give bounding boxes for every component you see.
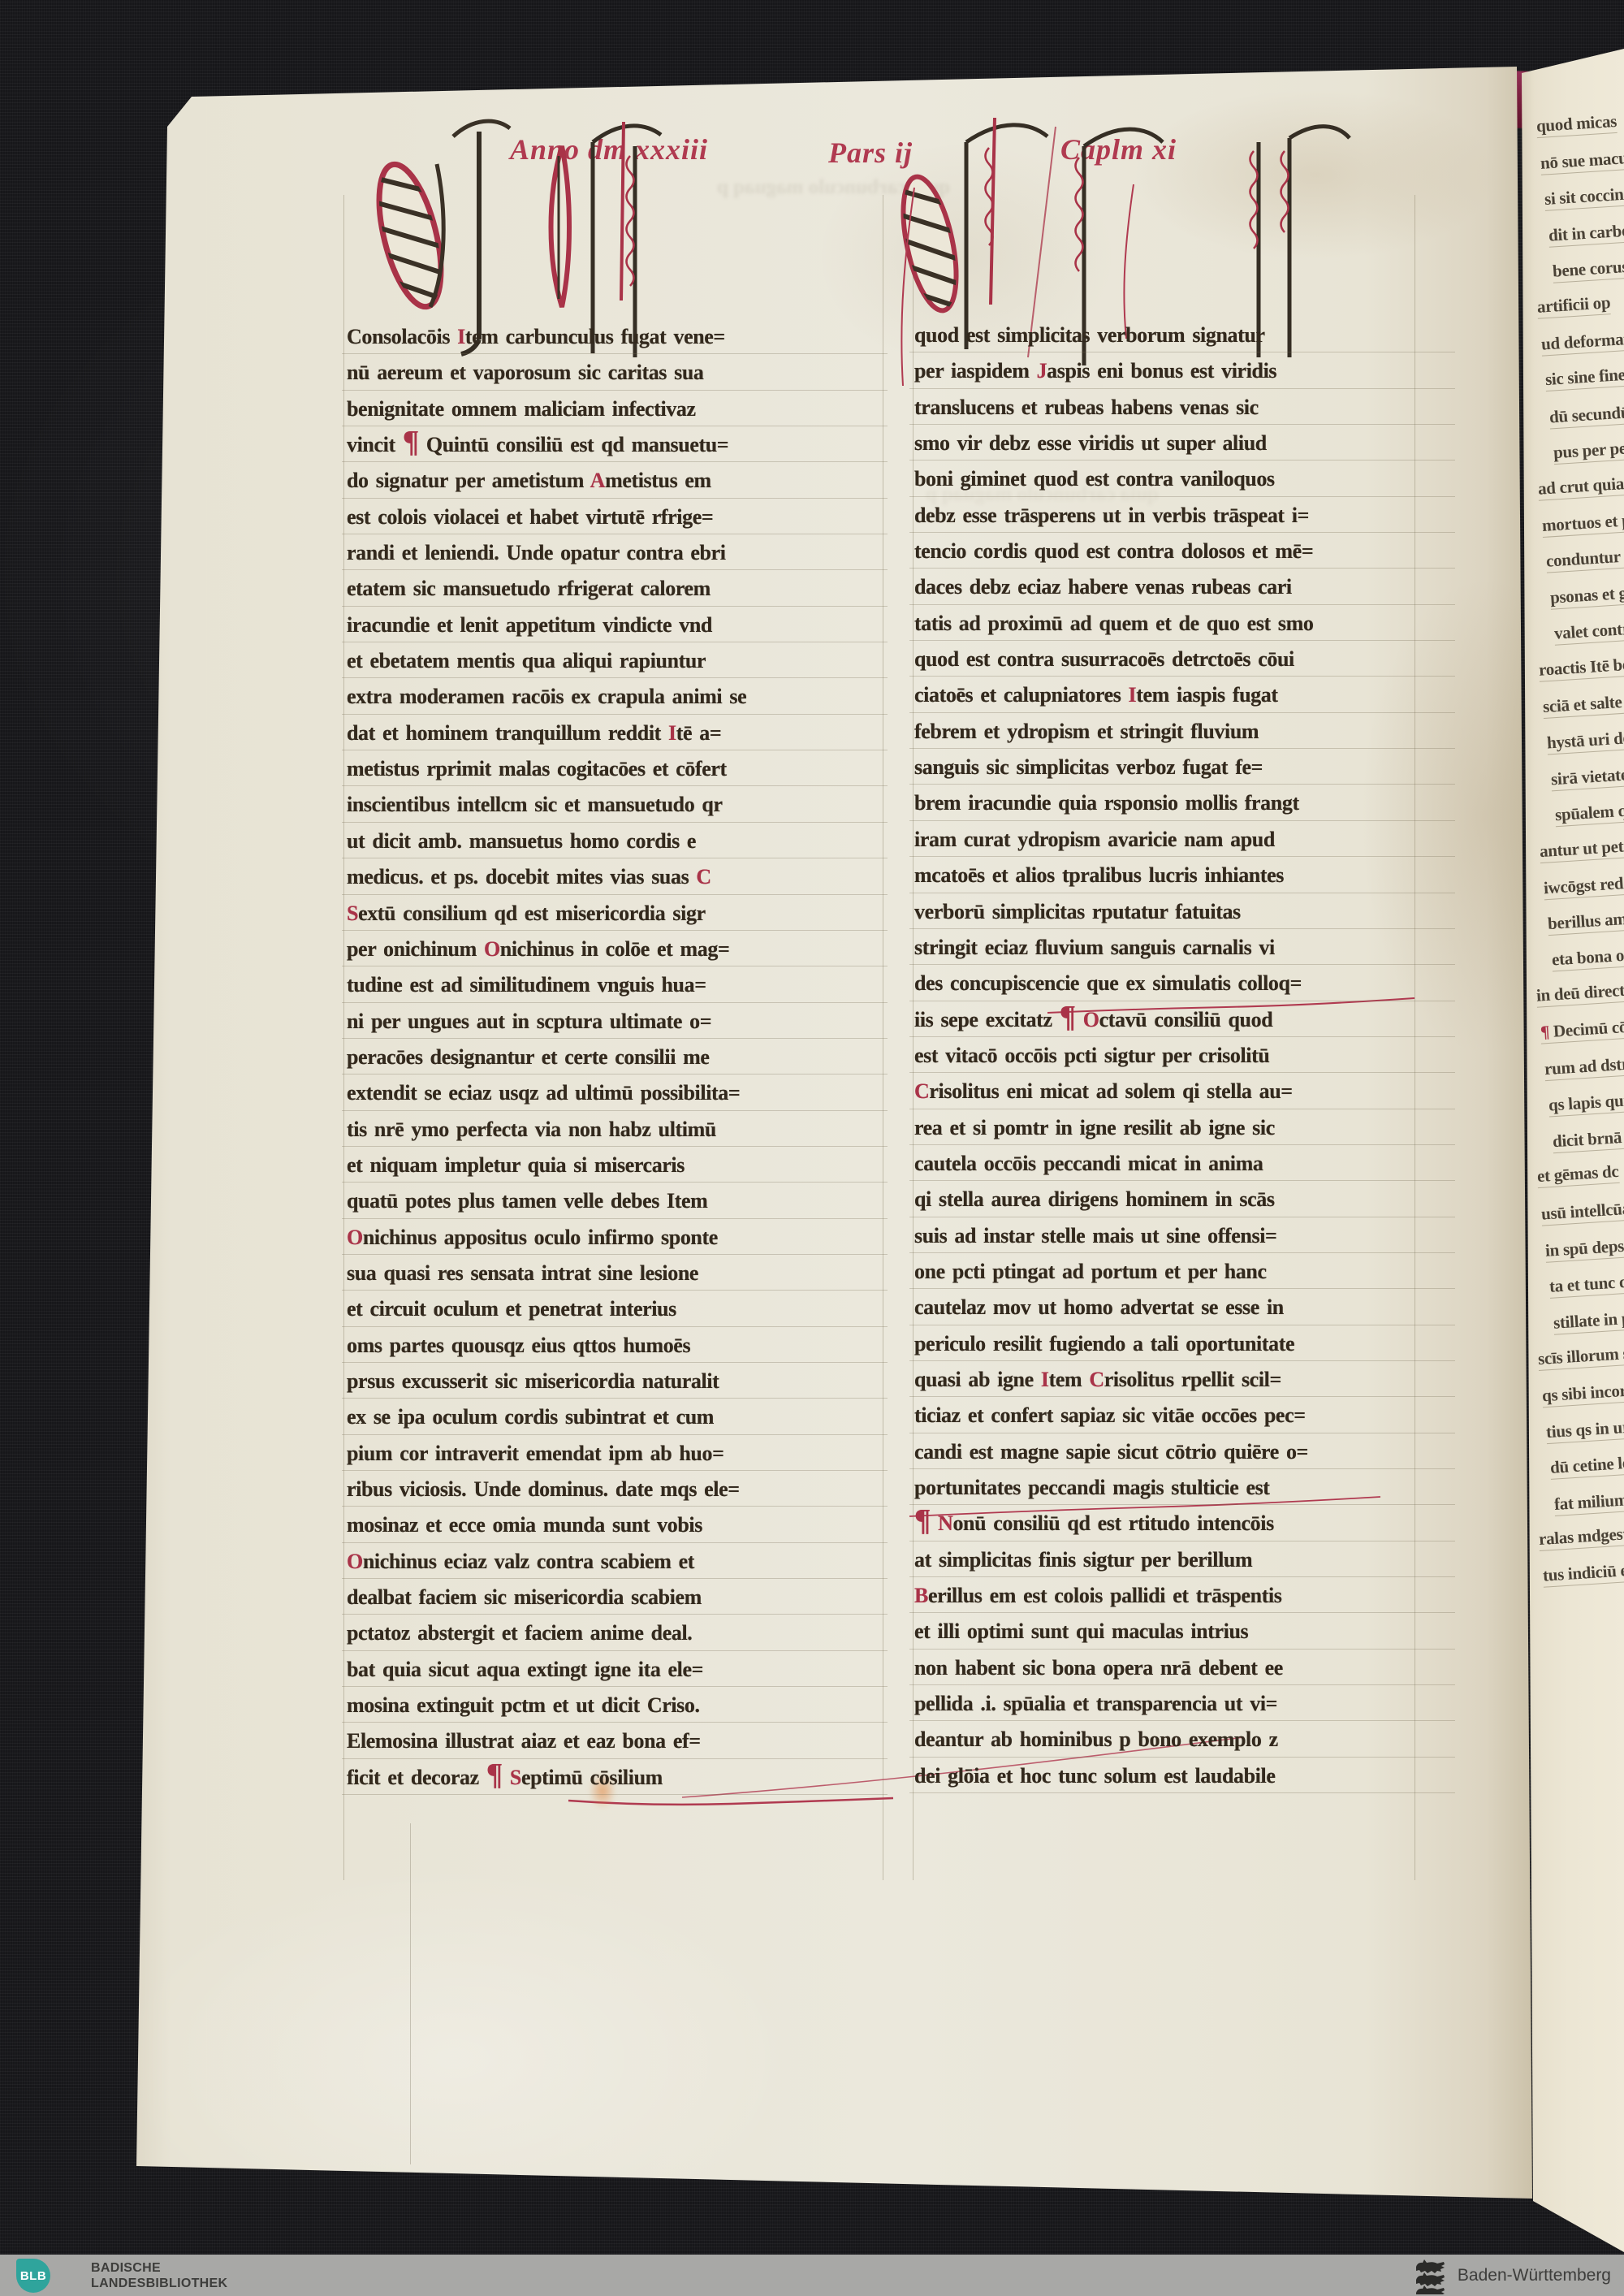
- text-line: peracōes designantur et certe consilii m…: [347, 1041, 886, 1077]
- next-folio-text-line: iwcōgst reddit h: [1543, 871, 1624, 900]
- next-folio-text-line: dū cetine loquor u: [1549, 1450, 1624, 1480]
- next-folio-text-line: dū secundū carb: [1548, 400, 1624, 429]
- next-folio-text-line: sic sine fine: [1544, 365, 1624, 391]
- text-line: cautela occōis peccandi micat in anima: [914, 1148, 1453, 1183]
- text-line: qi stella aurea dirigens hominem in scās: [914, 1183, 1453, 1219]
- text-line: ciatoēs et calupniatores Item iaspis fug…: [914, 679, 1453, 715]
- next-folio-text-line: dit in carbone: [1548, 219, 1624, 248]
- next-folio-text-line: valet contra tī: [1553, 618, 1624, 646]
- text-line: iis sepe excitatz ¶ Octavū consiliū quod: [914, 1004, 1453, 1040]
- next-folio-text-line: roactis Itē ber: [1538, 654, 1624, 682]
- text-line: mosina extinguit pctm et ut dicit Criso.: [347, 1689, 886, 1725]
- next-folio-text-line: berillus amo re: [1547, 907, 1624, 936]
- next-folio-text-line: artificii op: [1536, 292, 1611, 319]
- next-folio-text-line: ad crut quia e: [1537, 473, 1624, 500]
- text-line: deantur ab hominibus p bono exemplo z: [914, 1723, 1453, 1759]
- next-folio-text-line: nō sue macule: [1540, 147, 1624, 175]
- text-line: nū aereum et vaporosum sic caritas sua: [347, 357, 886, 392]
- state-name: Baden-Württemberg: [1458, 2266, 1611, 2285]
- next-folio-text-line: pus per petrām: [1553, 436, 1624, 465]
- text-line: daces debz eciaz habere venas rubeas car…: [914, 571, 1453, 607]
- text-line: des concupiscencie que ex simulatis coll…: [914, 967, 1453, 1003]
- library-footer-bar: BLB BADISCHE LANDESBIBLIOTHEK Baden-Würt…: [0, 2255, 1624, 2296]
- library-name-line2: LANDESBIBLIOTHEK: [91, 2276, 227, 2291]
- next-folio-text-line: bene coruscat: [1552, 256, 1624, 283]
- next-folio-text-line: qs sibi incorporasse: [1541, 1377, 1624, 1408]
- text-line: cautelaz mov ut homo advertat se esse in: [914, 1291, 1453, 1327]
- text-line: Consolacōis Item carbunculus fugat vene=: [347, 321, 886, 357]
- text-line: etatem sic mansuetudo rfrigerat calorem: [347, 573, 886, 608]
- text-column-right: quod est simplicitas verborum signaturpe…: [914, 319, 1453, 1796]
- text-line: at simplicitas finis sigtur per berillum: [914, 1544, 1453, 1580]
- next-folio-text-line: rum ad dstrīg s: [1544, 1052, 1624, 1080]
- next-folio-text-line: tius qs in urina cōu: [1545, 1413, 1624, 1443]
- text-line: Onichinus eciaz valz contra scabiem et: [347, 1546, 886, 1581]
- next-folio-text-line: ta et tunc quasi ex: [1548, 1269, 1624, 1299]
- text-line: benignitate omnem maliciam infectivaz: [347, 393, 886, 429]
- text-line: per iaspidem Jaspis eni bonus est viridi…: [914, 355, 1453, 391]
- text-line: ticiaz et confert sapiaz sic vitāe occōe…: [914, 1399, 1453, 1435]
- text-line: metistus rprimit malas cogitacōes et cōf…: [347, 753, 886, 789]
- text-line: boni giminet quod est contra vaniloquos: [914, 463, 1453, 499]
- text-line: dei glōia et hoc tunc solum est laudabil…: [914, 1760, 1453, 1796]
- next-folio-text-line: ud deformatr: [1540, 328, 1624, 356]
- text-line: et ebetatem mentis qua aliqui rapiuntur: [347, 645, 886, 681]
- text-line: medicus. et ps. docebit mites vias suas …: [347, 861, 886, 897]
- text-line: non habent sic bona opera nrā debent ee: [914, 1652, 1453, 1688]
- next-folio-text-line: quod micas: [1535, 111, 1618, 138]
- text-line: tis nrē ymo perfecta via non habz ultimū: [347, 1113, 886, 1149]
- manuscript-page: quia carbunculo maguaq p quia carbunculo…: [114, 45, 1539, 2246]
- next-folio-text-line: ¶ Decimū cōs: [1540, 1016, 1624, 1044]
- next-folio-text-line: ralas mdgestus: [1538, 1523, 1624, 1551]
- text-line: dealbat faciem sic misericordia scabiem: [347, 1581, 886, 1617]
- text-line: mcatoēs et alios tpralibus lucris inhian…: [914, 859, 1453, 895]
- next-folio-text-line: mortuos et pro: [1541, 509, 1624, 538]
- text-line: tatis ad proximū ad quem et de quo est s…: [914, 608, 1453, 643]
- text-line: debz esse trāsperens ut in verbis trāspe…: [914, 499, 1453, 535]
- text-line: pium cor intraverit emendat ipm ab huo=: [347, 1438, 886, 1473]
- text-line: iracundie et lenit appetitum vindicte vn…: [347, 609, 886, 645]
- next-folio-text-line: dicit brnā huius: [1552, 1125, 1624, 1154]
- text-line: mosinaz et ecce omia munda sunt vobis: [347, 1509, 886, 1545]
- text-line: oms partes quousqz eius qttos humoēs: [347, 1330, 886, 1365]
- text-line: extendit se eciaz usqz ad ultimū possibi…: [347, 1077, 886, 1113]
- text-line: pctatoz abstergit et faciem anime deal.: [347, 1617, 886, 1653]
- next-folio-text-line: scīs illorum sa que: [1537, 1341, 1624, 1371]
- next-folio-text-line: tus indiciū est: [1542, 1559, 1624, 1587]
- text-line: et circuit oculum et penetrat interius: [347, 1293, 886, 1329]
- text-line: brem iracundie quia rsponsio mollis fran…: [914, 787, 1453, 823]
- text-line: ni per ungues aut in scptura ultimate o=: [347, 1005, 886, 1041]
- text-line: est vitacō occōis pcti sigtur per crisol…: [914, 1040, 1453, 1075]
- text-column-left: Consolacōis Item carbunculus fugat vene=…: [347, 321, 886, 1797]
- text-line: candi est magne sapie sicut cōtrio quiēr…: [914, 1436, 1453, 1472]
- text-line: periculo resilit fugiendo a tali oportun…: [914, 1328, 1453, 1364]
- text-line: et niquam impletur quia si misercaris: [347, 1149, 886, 1185]
- text-line: ribus viciosis. Unde dominus. date mqs e…: [347, 1473, 886, 1509]
- next-folio-text-line: spūalem quia sī: [1554, 798, 1624, 827]
- text-line: Berillus em est colois pallidi et trāspe…: [914, 1580, 1453, 1615]
- next-folio-text-line: fat milium signi qs: [1553, 1486, 1624, 1516]
- text-line: febrem et ydropism et stringit fluvium: [914, 716, 1453, 751]
- text-line: sua quasi res sensata intrat sine lesion…: [347, 1257, 886, 1293]
- text-line: sanguis sic simplicitas verboz fugat fe=: [914, 751, 1453, 787]
- baden-wuerttemberg-lions-icon: [1414, 2257, 1448, 2294]
- text-line: per onichinum Onichinus in colōe et mag=: [347, 933, 886, 969]
- text-line: smo vir debz esse viridis ut super aliud: [914, 427, 1453, 463]
- text-line: tudine est ad similitudinem vnguis hua=: [347, 969, 886, 1005]
- text-line: dat et hominem tranquillum reddit Itē a=: [347, 717, 886, 753]
- text-line: do signatur per ametistum Ametistus em: [347, 465, 886, 500]
- text-line: randi et leniendi. Unde opatur contra eb…: [347, 537, 886, 573]
- blb-logo-icon: BLB: [16, 2259, 50, 2293]
- text-line: extra moderamen racōis ex crapula animi …: [347, 681, 886, 716]
- next-folio-text-line: in spū depsca et p: [1544, 1233, 1624, 1263]
- text-line: suis ad instar stelle mais ut sine offen…: [914, 1220, 1453, 1256]
- text-line: vincit ¶ Quintū consiliū est qd mansuetu…: [347, 429, 886, 465]
- library-name: BADISCHE LANDESBIBLIOTHEK: [91, 2260, 227, 2291]
- text-line: tencio cordis quod est contra dolosos et…: [914, 535, 1453, 571]
- text-line: Onichinus appositus oculo infirmo sponte: [347, 1222, 886, 1257]
- text-line: stringit eciaz fluvium sanguis carnalis …: [914, 932, 1453, 967]
- text-line: Sextū consilium qd est misericordia sigr: [347, 897, 886, 933]
- text-line: prsus excusserit sic misericordia natura…: [347, 1365, 886, 1401]
- digitized-manuscript-viewer: quod micasnō sue maculesi sit coccineusd…: [0, 0, 1624, 2296]
- text-line: ex se ipa oculum cordis subintrat et cum: [347, 1401, 886, 1437]
- text-line: Elemosina illustrat aiaz et eaz bona ef=: [347, 1725, 886, 1761]
- text-line: est colois violacei et habet virtutē rfr…: [347, 501, 886, 537]
- next-folio-text-line: hystā uri demōst: [1546, 726, 1624, 755]
- next-folio-text-line: usū intellcūales a: [1540, 1196, 1624, 1226]
- text-line: quatū potes plus tamen velle debes Item: [347, 1185, 886, 1221]
- next-folio-text-line: sirā vietate per ī: [1550, 762, 1624, 791]
- text-line: ficit et decoraz ¶ Septimū cōsilium: [347, 1762, 886, 1797]
- text-line: et illi optimi sunt qui maculas intrius: [914, 1615, 1453, 1651]
- text-line: Crisolitus eni micat ad solem qi stella …: [914, 1075, 1453, 1111]
- next-folio-text-line: psonas et glōs: [1549, 582, 1624, 609]
- next-folio-text-line: in deū directā: [1535, 980, 1624, 1008]
- text-line: inscientibus intellcm sic et mansuetudo …: [347, 789, 886, 824]
- text-line: pellida .i. spūalia et transparencia ut …: [914, 1688, 1453, 1723]
- text-line: quod est contra susurracoēs detrctoēs cō…: [914, 643, 1453, 679]
- text-line: one pcti ptingat ad portum et per hanc: [914, 1256, 1453, 1291]
- state-credit: Baden-Württemberg: [1414, 2255, 1611, 2296]
- next-folio-text-line: antur ut petraz: [1539, 835, 1624, 863]
- text-line: iram curat ydropism avaricie nam apud: [914, 824, 1453, 859]
- next-folio-text-line: si sit coccineus: [1544, 183, 1624, 211]
- text-line: verborū simplicitas rputatur fatuitas: [914, 896, 1453, 932]
- next-folio-text-line: conduntur ad: [1545, 546, 1624, 573]
- next-folio-text-line: qs lapis qui fit ex: [1548, 1088, 1624, 1118]
- text-line: quod est simplicitas verborum signatur: [914, 319, 1453, 355]
- text-line: ¶ Nonū consiliū qd est rtitudo intencōis: [914, 1507, 1453, 1543]
- text-line: quasi ab igne Item Crisolitus rpellit sc…: [914, 1364, 1453, 1399]
- text-line: rea et si pomtr in igne resilit ab igne …: [914, 1112, 1453, 1148]
- library-name-line1: BADISCHE: [91, 2260, 227, 2276]
- next-folio-text-line: stillate in pcōsum: [1553, 1305, 1624, 1334]
- text-line: portunitates peccandi magis stulticie es…: [914, 1472, 1453, 1507]
- next-folio-text-line: et gēmas dc: [1536, 1161, 1619, 1188]
- text-line: ut dicit amb. mansuetus homo cordis e: [347, 825, 886, 861]
- text-line: translucens et rubeas habens venas sic: [914, 391, 1453, 427]
- next-folio-text-line: sciā et salte hoī: [1542, 690, 1624, 719]
- text-line: bat quia sicut aqua extingt igne ita ele…: [347, 1654, 886, 1689]
- next-folio-text-line: eta bona opa: [1551, 944, 1624, 971]
